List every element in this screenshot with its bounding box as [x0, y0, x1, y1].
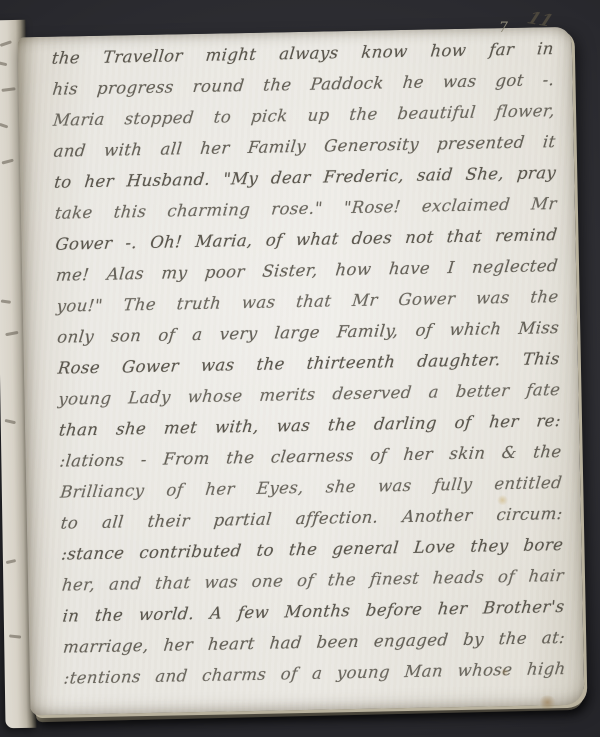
gutter-ink-mark — [5, 331, 18, 336]
folio-number-pencil: 7 — [499, 20, 508, 36]
gutter-ink-mark — [9, 634, 21, 638]
handwritten-text: the Travellor might always know how far … — [52, 33, 566, 694]
gutter-ink-mark — [6, 559, 16, 564]
gutter-ink-mark — [0, 40, 12, 47]
gutter-ink-mark — [1, 87, 15, 92]
manuscript-photo: the Travellor might always know how far … — [0, 0, 600, 737]
gutter-ink-mark — [5, 419, 16, 424]
manuscript-page: the Travellor might always know how far … — [18, 27, 585, 716]
gutter-ink-mark — [0, 61, 7, 66]
gutter-ink-mark — [1, 299, 11, 303]
gutter-ink-mark — [0, 123, 8, 129]
gutter-ink-mark — [1, 159, 13, 165]
